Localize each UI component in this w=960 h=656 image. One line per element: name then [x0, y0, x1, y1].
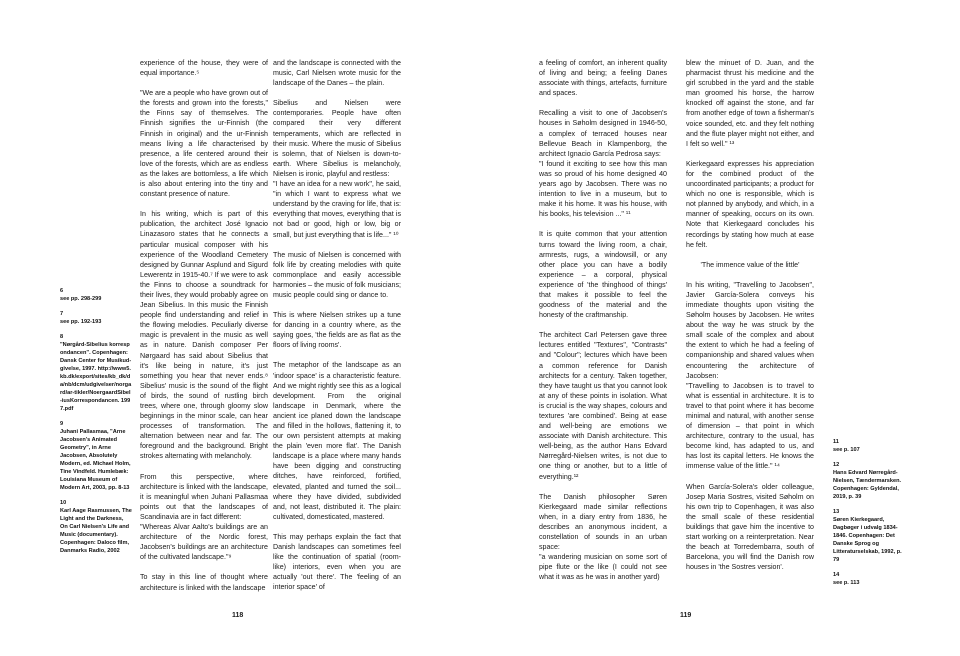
paragraph: a feeling of comfort, an inherent qualit… — [539, 58, 667, 98]
left-page-column-1: experience of the house, they were of eq… — [140, 58, 268, 603]
section-heading: 'The immence value of the little' — [686, 260, 814, 270]
footnote-8: 8"Nørgård-Sibelius korrespondancen". Cop… — [60, 333, 132, 413]
block-quote: "Whereas Alvar Aalto's buildings are an … — [140, 522, 268, 562]
block-quote: "I found it exciting to see how this man… — [539, 159, 667, 220]
paragraph: The music of Nielsen is concerned with f… — [273, 250, 401, 300]
paragraph: The Danish philosopher Søren Kierkegaard… — [539, 492, 667, 553]
book-spread: 6see pp. 298-299 7see pp. 192-193 8"Nørg… — [0, 0, 960, 656]
paragraph: Recalling a visit to one of Jacobsen's h… — [539, 108, 667, 158]
footnote-10: 10Karl Aage Rasmussen, The Light and the… — [60, 499, 132, 555]
paragraph: The metaphor of the landscape as an 'ind… — [273, 360, 401, 522]
paragraph: From this perspective, where architectur… — [140, 472, 268, 522]
block-quote: "I have an idea for a new work", he said… — [273, 179, 401, 240]
paragraph: To stay in this line of thought where ar… — [140, 572, 268, 592]
paragraph: In his writing, "Travelling to Jacobsen"… — [686, 280, 814, 381]
footnote-6: 6see pp. 298-299 — [60, 287, 132, 303]
paragraph: Kierkegaard expresses his appreciation f… — [686, 159, 814, 250]
right-page-column-1: a feeling of comfort, an inherent qualit… — [539, 58, 667, 593]
left-margin-notes: 6see pp. 298-299 7see pp. 192-193 8"Nørg… — [60, 287, 132, 562]
paragraph: The architect Carl Petersen gave three l… — [539, 330, 667, 481]
footnote-13: 13Søren Kierkegaard, Dagbøger i udvalg 1… — [833, 508, 908, 564]
right-page-column-2: blew the minuet of D. Juan, and the phar… — [686, 58, 814, 582]
footnote-9: 9Juhani Pallasmaa, "Arne Jacobsen's Anim… — [60, 420, 132, 492]
paragraph: Sibelius and Nielsen were contemporaries… — [273, 98, 401, 179]
paragraph: and the landscape is connected with the … — [273, 58, 401, 88]
footnote-12: 12Hans Edvard Nørregård-Nielsen, Tænderm… — [833, 461, 908, 501]
paragraph: experience of the house, they were of eq… — [140, 58, 268, 78]
paragraph: When García-Solera's older colleague, Jo… — [686, 482, 814, 573]
paragraph: It is quite common that your attention t… — [539, 229, 667, 320]
paragraph: In his writing, which is part of this pu… — [140, 209, 268, 461]
block-quote: blew the minuet of D. Juan, and the phar… — [686, 58, 814, 149]
footnote-7: 7see pp. 192-193 — [60, 310, 132, 326]
right-margin-notes: 11see p. 107 12Hans Edvard Nørregård-Nie… — [833, 438, 908, 594]
paragraph: "We are a people who have grown out of t… — [140, 88, 268, 199]
footnote-14: 14see p. 113 — [833, 571, 908, 587]
paragraph: This may perhaps explain the fact that D… — [273, 532, 401, 593]
block-quote: "Travelling to Jacobsen is to travel to … — [686, 381, 814, 472]
footnote-11: 11see p. 107 — [833, 438, 908, 454]
page-number-right: 119 — [680, 612, 691, 619]
page-number-left: 118 — [232, 612, 243, 619]
left-page-column-2: and the landscape is connected with the … — [273, 58, 401, 603]
paragraph: This is where Nielsen strikes up a tune … — [273, 310, 401, 350]
block-quote: "a wandering musician on some sort of pi… — [539, 552, 667, 582]
